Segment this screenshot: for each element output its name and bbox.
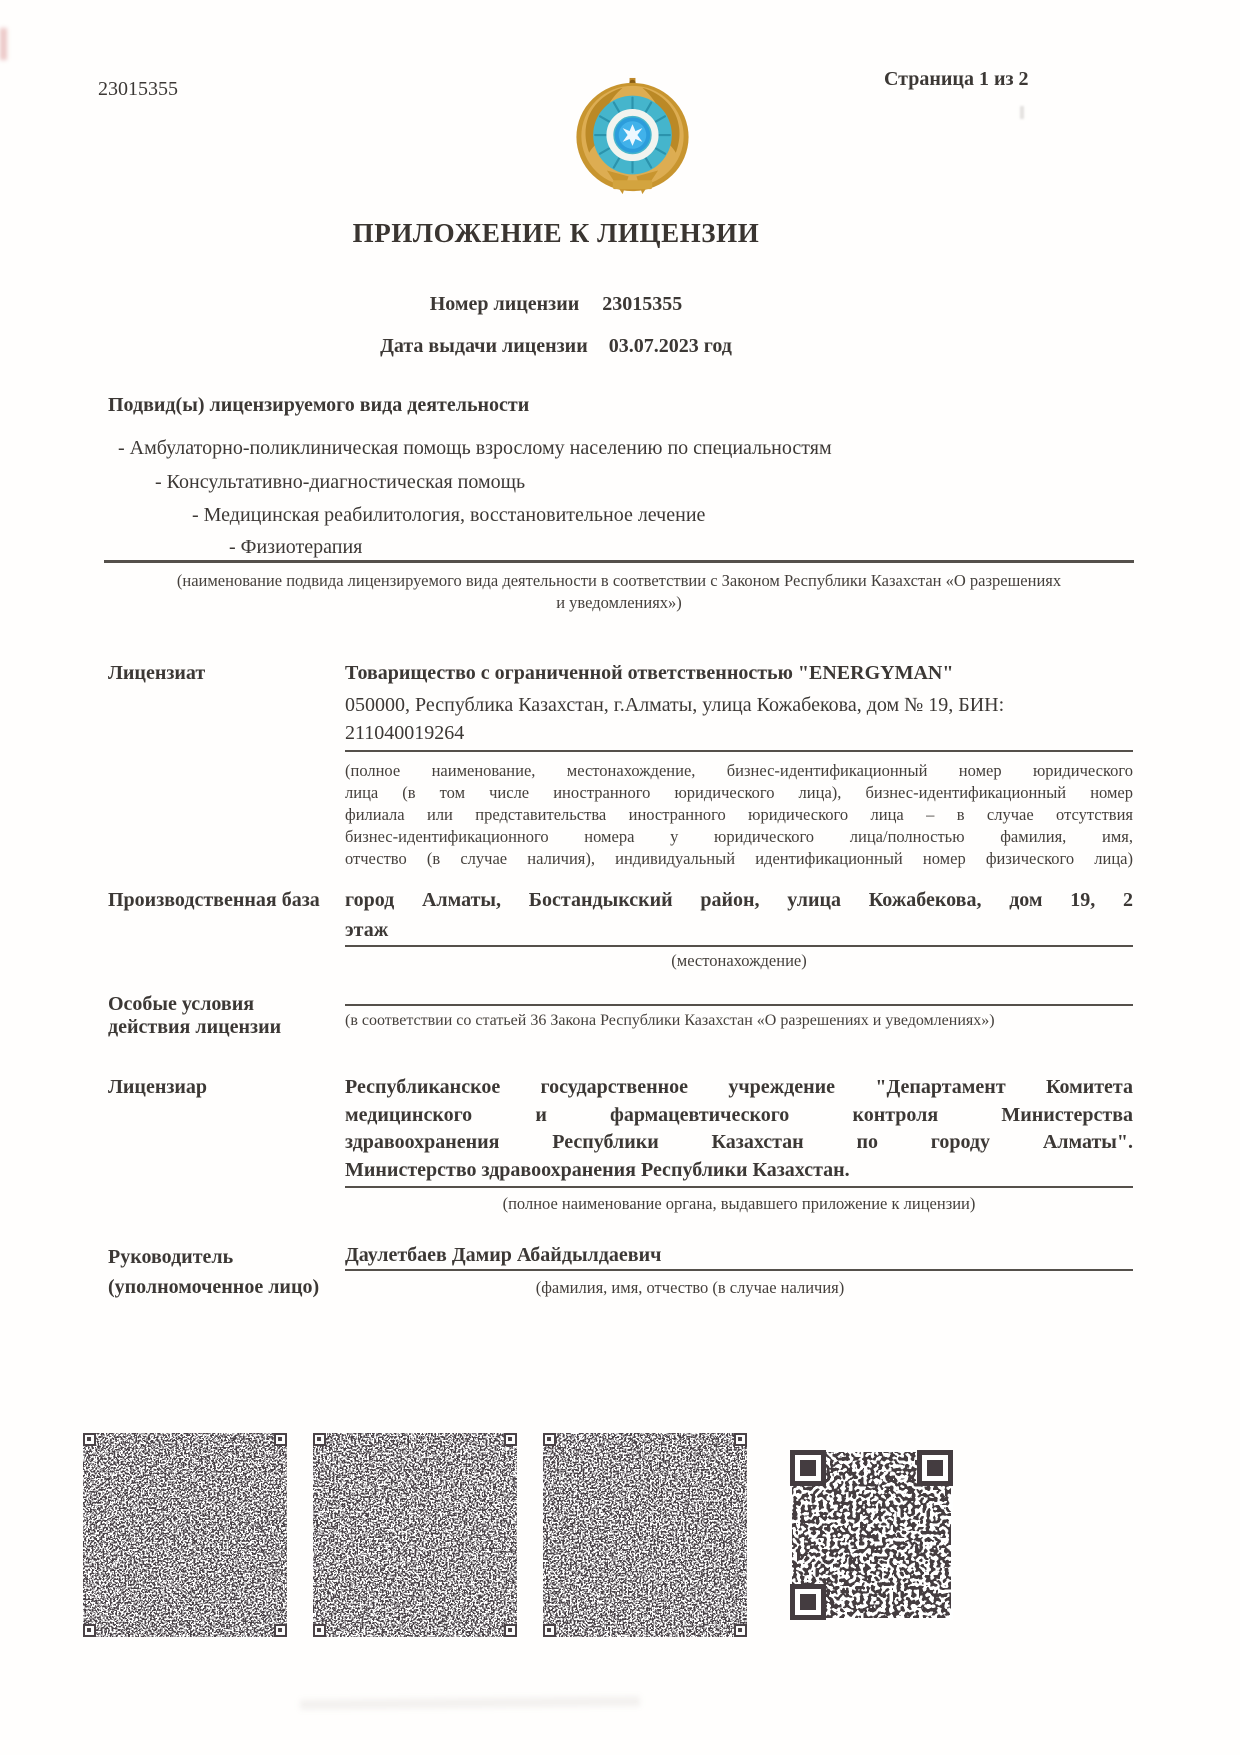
qr-finder-icon [917, 1450, 953, 1486]
license-number-value: 23015355 [602, 293, 682, 316]
special-conditions-label-line1: Особые условия [108, 993, 254, 1016]
divider-line [345, 1269, 1133, 1271]
divider-line [345, 1186, 1133, 1188]
subtype-item: - Консультативно-диагностическая помощь [155, 471, 525, 494]
licensee-caption-line: лица (в том числе иностранного юридическ… [345, 782, 1133, 804]
matrix-finder-icon [734, 1433, 747, 1446]
licensee-caption: (полное наименование, местонахождение, б… [345, 760, 1133, 870]
divider-line [104, 560, 1134, 563]
divider-line [345, 750, 1133, 752]
data-matrix-code-3 [543, 1433, 747, 1637]
qr-finder-icon [790, 1584, 826, 1620]
matrix-finder-icon [83, 1433, 96, 1446]
issue-date-label: Дата выдачи лицензии [380, 335, 588, 358]
special-conditions-label-line2: действия лицензии [108, 1016, 281, 1039]
license-appendix-page: 23015355 Страница 1 из 2 [0, 0, 1240, 1755]
qr-code [790, 1450, 953, 1620]
license-number-label: Номер лицензии [430, 293, 580, 316]
kazakhstan-emblem-icon [573, 76, 692, 198]
matrix-finder-icon [543, 1624, 556, 1637]
licensee-label: Лицензиат [108, 662, 205, 685]
licensee-caption-line: бизнес-идентификационного номера у юриди… [345, 826, 1133, 848]
issue-date-value: 03.07.2023 год [609, 335, 732, 358]
licensor-value-line: здравоохранения Республики Казахстан по … [345, 1129, 1133, 1157]
licensor-value-line: Министерство здравоохранения Республики … [345, 1157, 1133, 1185]
licensor-label: Лицензиар [108, 1076, 207, 1099]
subtypes-heading: Подвид(ы) лицензируемого вида деятельнос… [108, 394, 529, 417]
matrix-finder-icon [543, 1433, 556, 1446]
page-indicator: Страница 1 из 2 [884, 68, 1029, 91]
licensee-caption-line: филиала или представительства иностранно… [345, 804, 1133, 826]
subtypes-caption-line: (наименование подвида лицензируемого вид… [104, 570, 1134, 592]
licensee-caption-line: (полное наименование, местонахождение, б… [345, 760, 1133, 782]
licensor-value-line: медицинского и фармацевтического контрол… [345, 1102, 1133, 1130]
scan-artifact-pink [0, 28, 7, 60]
matrix-finder-icon [313, 1624, 326, 1637]
production-base-label: Производственная база [108, 889, 320, 912]
licensee-caption-line: отчество (в случае наличия), индивидуаль… [345, 848, 1133, 870]
licensee-name: Товарищество с ограниченной ответственно… [345, 662, 1133, 685]
licensee-address-line2: 211040019264 [345, 722, 1133, 745]
head-label-line1: Руководитель [108, 1246, 233, 1269]
subtypes-caption-line: и уведомлениях») [104, 592, 1134, 614]
matrix-finder-icon [313, 1433, 326, 1446]
page-title: ПРИЛОЖЕНИЕ К ЛИЦЕНЗИИ [60, 218, 1052, 249]
scan-artifact-smudge [300, 1696, 640, 1710]
divider-line [345, 1004, 1133, 1006]
data-matrix-code-1 [83, 1433, 287, 1637]
production-base-caption: (местонахождение) [345, 951, 1133, 971]
matrix-finder-icon [504, 1433, 517, 1446]
data-matrix-code-2 [313, 1433, 517, 1637]
head-name-value: Даулетбаев Дамир Абайдылдаевич [345, 1244, 1133, 1267]
special-conditions-caption: (в соответствии со статьей 36 Закона Рес… [345, 1012, 1133, 1030]
divider-line [345, 945, 1133, 947]
matrix-finder-icon [274, 1624, 287, 1637]
head-label-line2: (уполномоченное лицо) [108, 1276, 319, 1299]
licensor-value: Республиканское государственное учрежден… [345, 1074, 1133, 1184]
licensee-address-line1: 050000, Республика Казахстан, г.Алматы, … [345, 694, 1133, 717]
subtype-item: - Амбулаторно-поликлиническая помощь взр… [118, 437, 832, 460]
head-caption: (фамилия, имя, отчество (в случае наличи… [345, 1278, 1035, 1298]
subtype-item: - Медицинская реабилитология, восстанови… [192, 504, 705, 527]
production-base-line1: город Алматы, Бостандыкский район, улица… [345, 889, 1133, 912]
document-number-header: 23015355 [98, 78, 178, 101]
subtype-item: - Физиотерапия [229, 536, 362, 559]
production-base-line2: этаж [345, 919, 1133, 942]
issue-date-row: Дата выдачи лицензии 03.07.2023 год [60, 335, 1052, 358]
matrix-finder-icon [83, 1624, 96, 1637]
licensor-caption: (полное наименование органа, выдавшего п… [345, 1194, 1133, 1214]
scan-artifact-dot [1020, 106, 1024, 119]
matrix-finder-icon [274, 1433, 287, 1446]
matrix-finder-icon [504, 1624, 517, 1637]
qr-finder-icon [790, 1450, 826, 1486]
matrix-finder-icon [734, 1624, 747, 1637]
licensor-value-line: Республиканское государственное учрежден… [345, 1074, 1133, 1102]
subtypes-caption: (наименование подвида лицензируемого вид… [104, 570, 1134, 614]
license-number-row: Номер лицензии 23015355 [60, 293, 1052, 316]
